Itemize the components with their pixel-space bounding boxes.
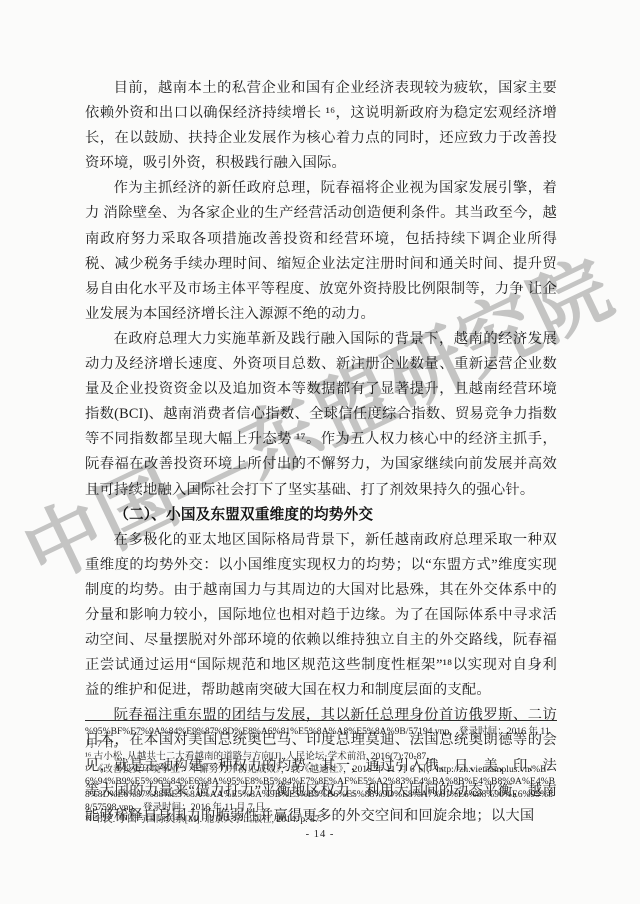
footnote-17: ¹⁷ 《改善投资环境事业：不懈努力并初见成效》，载《越通社》，2016 年 11… bbox=[85, 764, 557, 814]
paragraph-3: 在政府总理大力实施革新及践行融入国际的背景下，越南的经济发展动力及经济增长速度、… bbox=[85, 327, 557, 503]
paragraph-4: 在多极化的亚太地区国际格局背景下，新任越南政府总理采取一种双重维度的均势外交：以… bbox=[85, 528, 557, 704]
scanned-paper-page: 中国—东盟研究院 目前，越南本土的私营企业和国有企业经济表现较为疲软，国家主要依… bbox=[0, 0, 640, 904]
page-number: - 14 - bbox=[0, 829, 640, 840]
footnote-15-continuation: %95%BF%E7%9A%84%E9%87%8D%E8%A6%81%E5%8A%… bbox=[85, 726, 557, 751]
footnote-divider bbox=[85, 720, 557, 721]
section-heading: （二）、小国及东盟双重维度的均势外交 bbox=[85, 503, 557, 528]
footnote-16: ¹⁶ 古小松. 从越共十二大看越南的道路与方向[J]. 人民论坛·学术前沿, 2… bbox=[85, 751, 557, 764]
paragraph-1: 目前，越南本土的私营企业和国有企业经济表现较为疲软，国家主要依赖外资和出口以确保… bbox=[85, 76, 557, 176]
footnotes-section: %95%BF%E7%9A%84%E9%87%8D%E8%A6%81%E5%8A%… bbox=[85, 720, 557, 827]
body-text-block: 目前，越南本土的私营企业和国有企业经济表现较为疲软，国家主要依赖外资和出口以确保… bbox=[85, 76, 557, 829]
paragraph-2: 作为主抓经济的新任政府总理，阮春福将企业视为国家发展引擎，着力 消除壁垒、为各家… bbox=[85, 176, 557, 327]
footnote-18: ¹⁸ 韦民. 小国与国际关系[M]. 北京大学出版社, 2014. p. 87. bbox=[85, 814, 557, 827]
